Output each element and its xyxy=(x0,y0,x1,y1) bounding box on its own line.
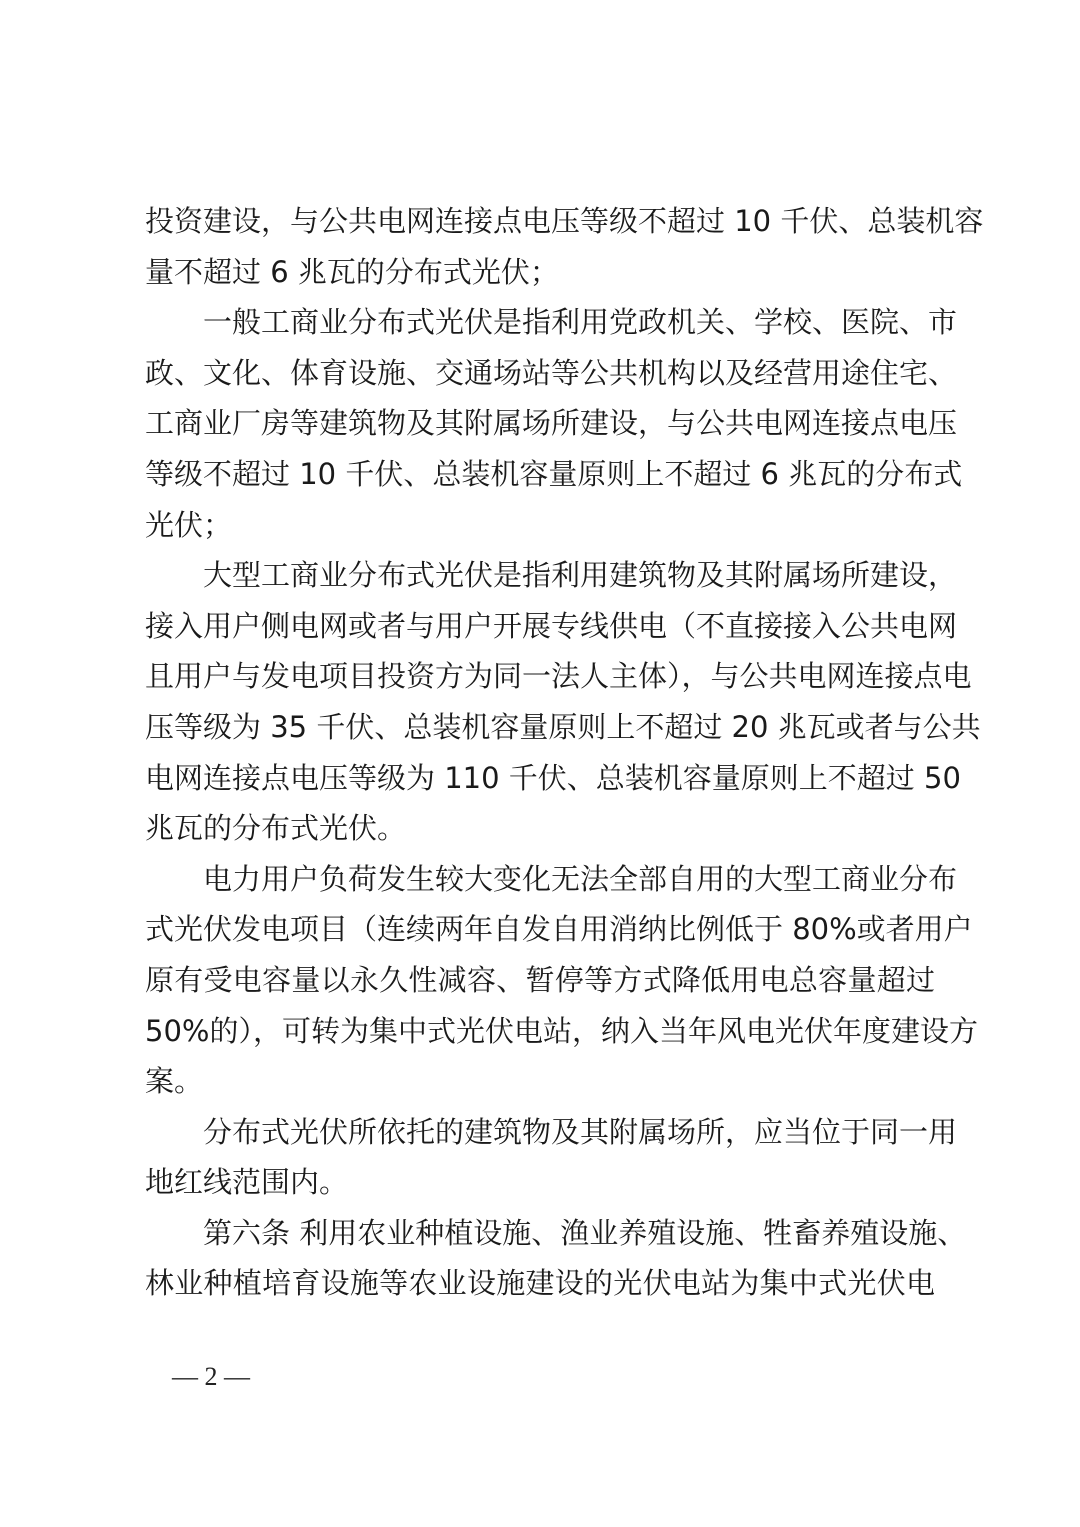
text-line: 电网连接点电压等级为 110 千伏、总装机容量原则上不超过 50 xyxy=(145,753,935,804)
text-line: 电力用户负荷发生较大变化无法全部自用的大型工商业分布 xyxy=(145,854,935,905)
text-line: 分布式光伏所依托的建筑物及其附属场所，应当位于同一用 xyxy=(145,1107,935,1158)
text-line: 光伏； xyxy=(145,500,935,551)
text-line: 案。 xyxy=(145,1056,935,1107)
document-page: 投资建设，与公共电网连接点电压等级不超过 10 千伏、总装机容 量不超过 6 兆… xyxy=(0,0,1080,1527)
article-heading-line: 第六条 利用农业种植设施、渔业养殖设施、牲畜养殖设施、 xyxy=(145,1208,935,1259)
text-line: 等级不超过 10 千伏、总装机容量原则上不超过 6 兆瓦的分布式 xyxy=(145,449,935,500)
text-line: 压等级为 35 千伏、总装机容量原则上不超过 20 兆瓦或者与公共 xyxy=(145,702,935,753)
text-line: 式光伏发电项目（连续两年自发自用消纳比例低于 80%或者用户 xyxy=(145,904,935,955)
document-body: 投资建设，与公共电网连接点电压等级不超过 10 千伏、总装机容 量不超过 6 兆… xyxy=(145,196,935,1309)
page-number: — 2 — xyxy=(172,1362,250,1392)
text-line: 50%的），可转为集中式光伏电站，纳入当年风电光伏年度建设方 xyxy=(145,1006,935,1057)
text-line: 量不超过 6 兆瓦的分布式光伏； xyxy=(145,247,935,298)
text-line: 大型工商业分布式光伏是指利用建筑物及其附属场所建设， xyxy=(145,550,935,601)
text-line: 接入用户侧电网或者与用户开展专线供电（不直接接入公共电网 xyxy=(145,601,935,652)
text-line: 地红线范围内。 xyxy=(145,1157,935,1208)
text-line: 原有受电容量以永久性减容、暂停等方式降低用电总容量超过 xyxy=(145,955,935,1006)
text-line: 工商业厂房等建筑物及其附属场所建设，与公共电网连接点电压 xyxy=(145,398,935,449)
text-line: 且用户与发电项目投资方为同一法人主体），与公共电网连接点电 xyxy=(145,651,935,702)
text-line: 兆瓦的分布式光伏。 xyxy=(145,803,935,854)
text-line: 政、文化、体育设施、交通场站等公共机构以及经营用途住宅、 xyxy=(145,348,935,399)
text-line: 投资建设，与公共电网连接点电压等级不超过 10 千伏、总装机容 xyxy=(145,196,935,247)
text-line: 一般工商业分布式光伏是指利用党政机关、学校、医院、市 xyxy=(145,297,935,348)
text-line: 林业种植培育设施等农业设施建设的光伏电站为集中式光伏电 xyxy=(145,1258,935,1309)
